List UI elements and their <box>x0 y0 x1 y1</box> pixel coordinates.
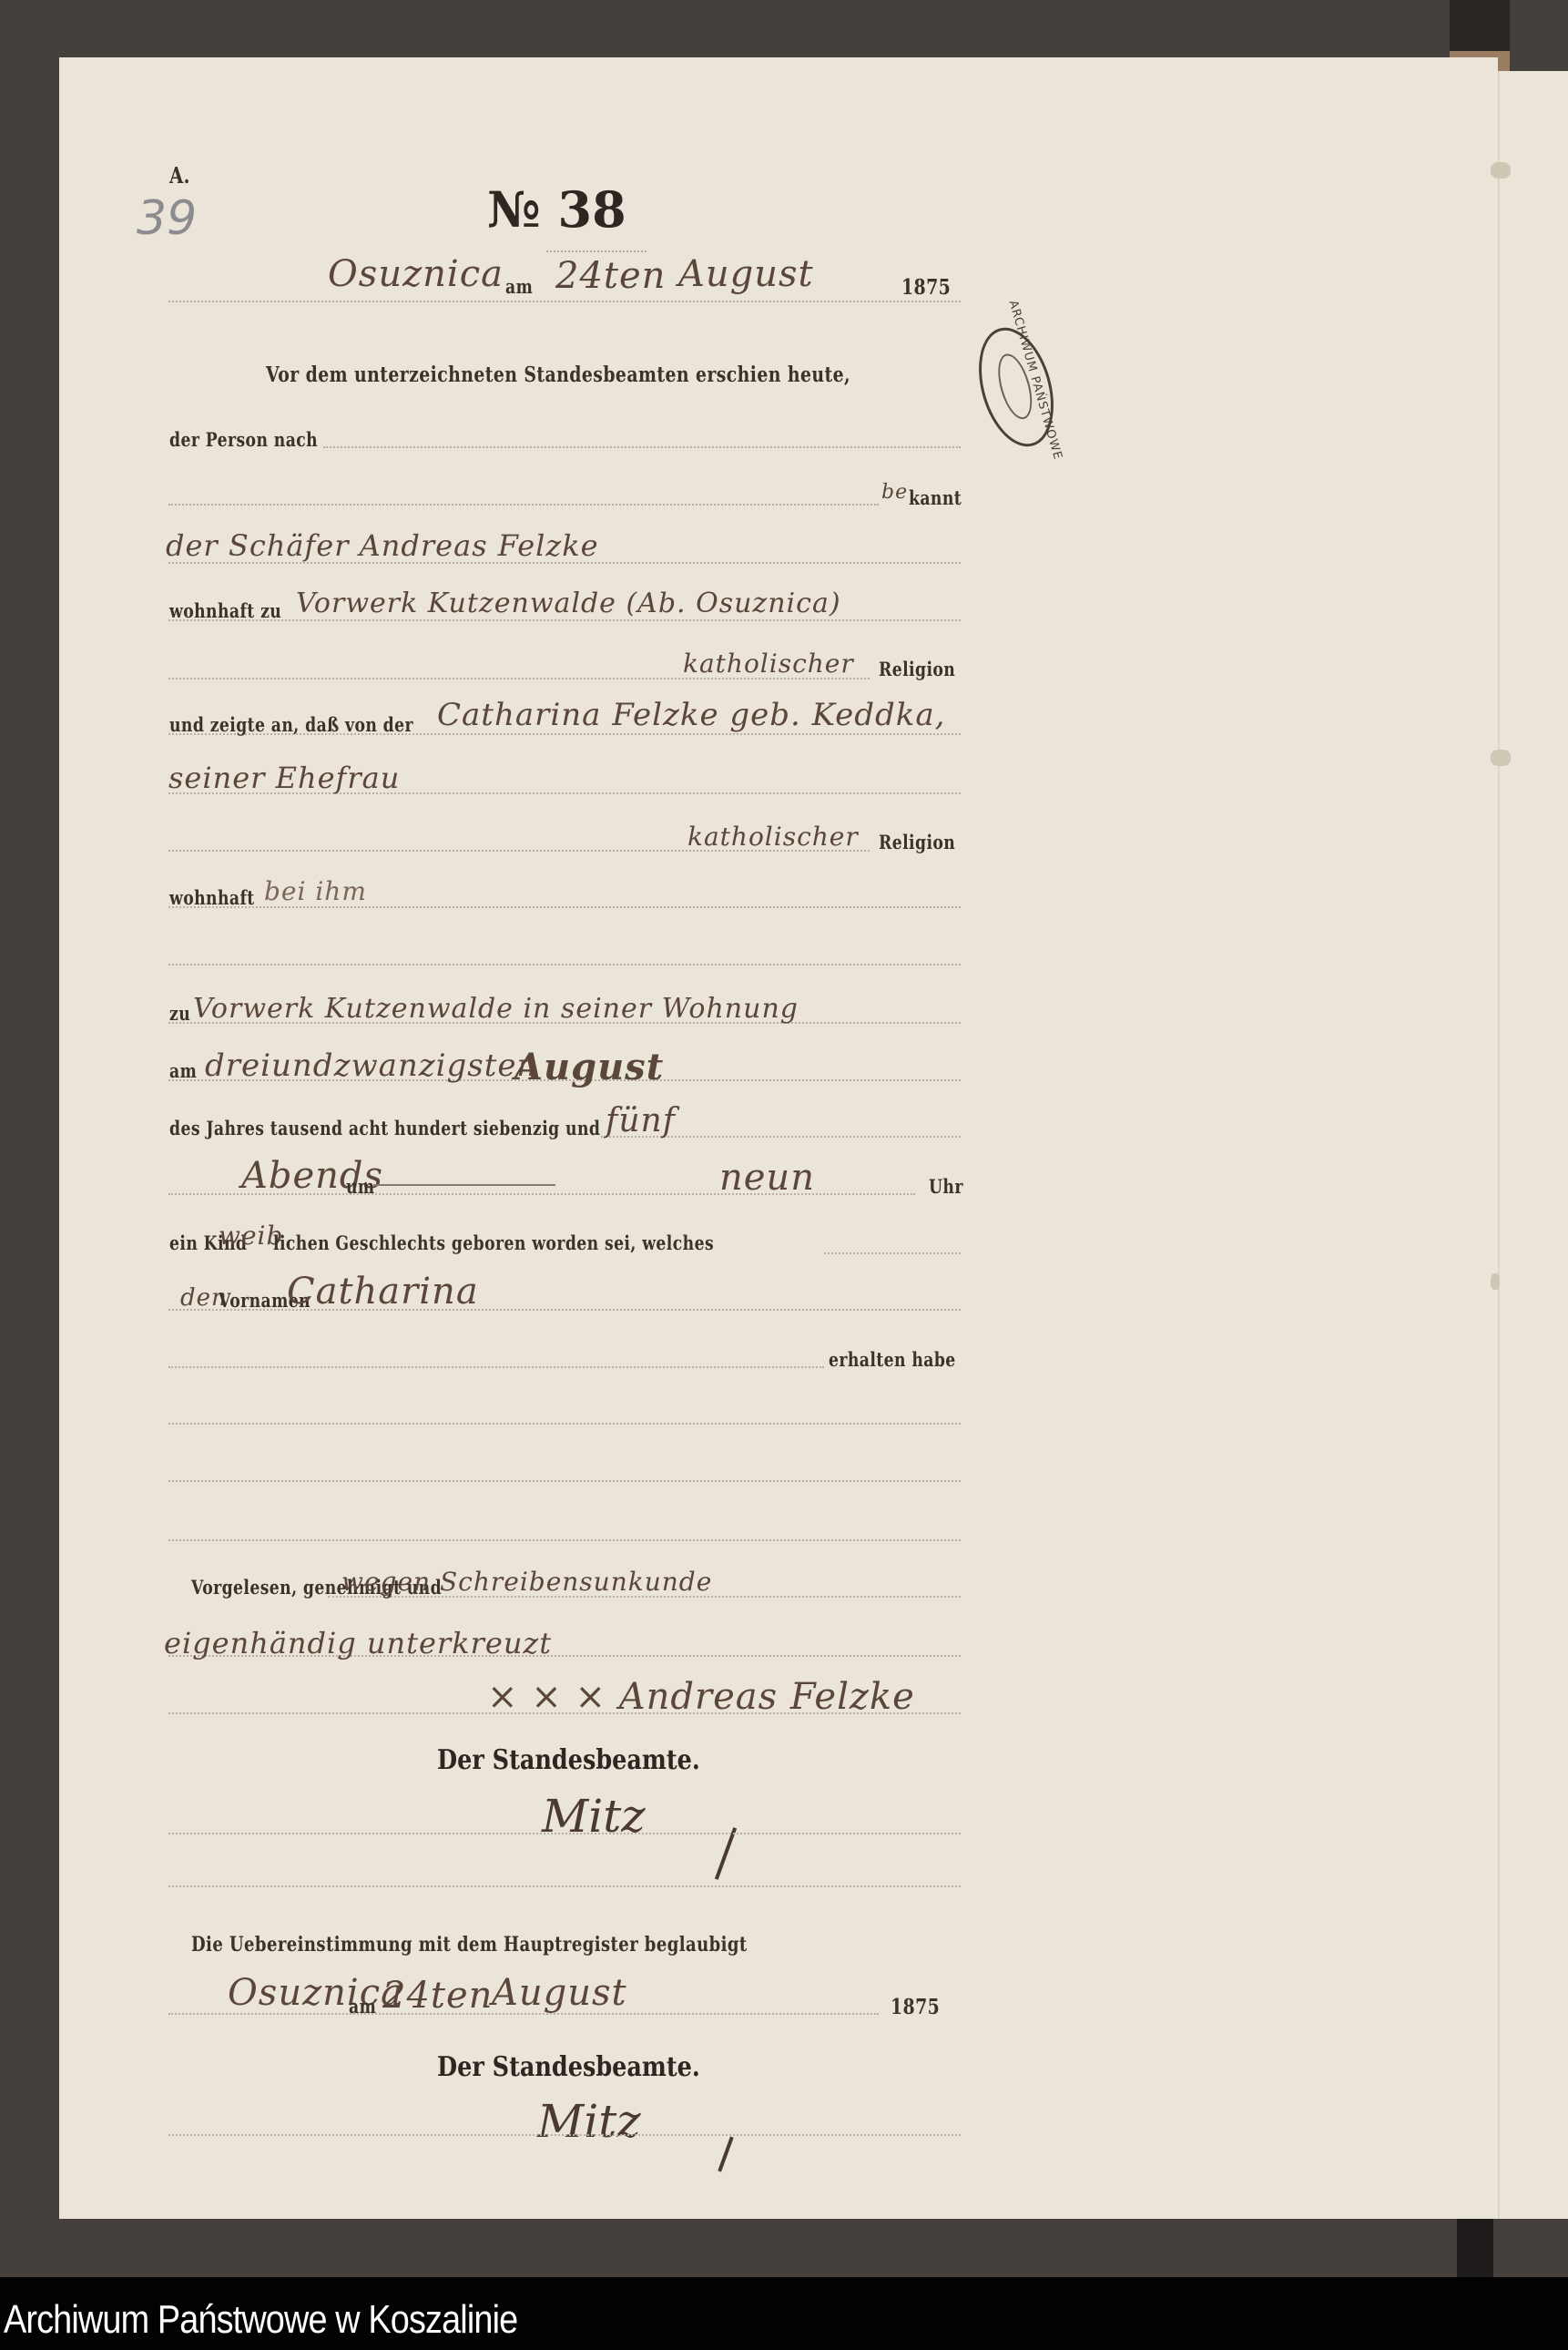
cert-am-label: am <box>349 1995 376 2018</box>
informant-mark: × × × Andreas Felzke <box>487 1676 915 1718</box>
am-label: am <box>505 275 533 298</box>
form-line <box>168 1366 824 1368</box>
binding-hole <box>1491 162 1511 179</box>
mother-residence-label: wohnhaft <box>169 886 255 909</box>
certification-text: Die Uebereinstimmung mit dem Hauptregist… <box>191 1933 748 1957</box>
birth-month-handwritten: August <box>514 1046 664 1088</box>
approval-handwritten-1: wegen Schreibensunkunde <box>341 1567 712 1597</box>
mother-handwritten: Catharina Felzke geb. Keddka, <box>437 697 945 733</box>
cert-month-handwritten: August <box>492 1972 627 2014</box>
year-label: des Jahres tausend acht hundert siebenzi… <box>169 1117 600 1139</box>
religion-label-2: Religion <box>879 831 955 853</box>
birth-place-label: zu <box>169 1002 190 1025</box>
declared-label: und zeigte an, daß von der <box>169 713 413 736</box>
cert-official-title: Der Standesbeamte. <box>437 2051 700 2083</box>
archive-name: Archiwum Państwowe w Koszalinie <box>4 2297 517 2343</box>
form-line <box>323 446 961 448</box>
record-number: № 38 <box>487 180 626 239</box>
archive-footer-bar: Archiwum Państwowe w Koszalinie <box>0 2277 1568 2350</box>
date-line <box>168 301 961 302</box>
approval-handwritten-2: eigenhändig unterkreuzt <box>164 1626 552 1660</box>
residence-label: wohnhaft zu <box>169 599 281 622</box>
cert-official-signature: Mitz <box>537 2095 641 2148</box>
day-handwritten: 24ten <box>555 255 666 297</box>
pencil-page-number: 39 <box>137 191 197 246</box>
birth-day-handwritten: dreiundzwanzigsten <box>205 1047 537 1084</box>
received-label: erhalten habe <box>829 1348 956 1371</box>
informant-handwritten: der Schäfer Andreas Felzke <box>166 528 599 563</box>
time-label: um <box>346 1175 375 1198</box>
year-printed: 1875 <box>901 275 951 300</box>
number-sign: № <box>487 180 541 239</box>
hour-handwritten: neun <box>719 1157 815 1199</box>
form-line <box>168 1423 961 1425</box>
birth-place-handwritten: Vorwerk Kutzenwalde in seiner Wohnung <box>193 993 799 1025</box>
form-line <box>168 1539 961 1541</box>
binding-hole <box>1491 1273 1500 1290</box>
religion-handwritten-1: katholischer <box>683 649 854 679</box>
month-handwritten: August <box>678 253 814 295</box>
given-name-handwritten: Catharina <box>287 1271 479 1313</box>
number-value: 38 <box>558 180 626 239</box>
form-line <box>168 906 961 908</box>
mother-relation-handwritten: seiner Ehefrau <box>168 761 400 795</box>
date-label: am <box>169 1059 197 1082</box>
form-line <box>168 504 879 506</box>
form-line <box>168 619 961 621</box>
adjacent-page-strip <box>1498 71 1568 2219</box>
year-handwritten: fünf <box>606 1102 676 1139</box>
binding-hole <box>1491 750 1511 766</box>
official-title: Der Standesbeamte. <box>437 1744 700 1776</box>
child-label-2: lichen Geschlechts geboren worden sei, w… <box>273 1231 714 1254</box>
known-handwritten: be <box>881 481 908 504</box>
mother-residence-handwritten: bei ihm <box>264 876 367 906</box>
cert-day-handwritten: 24ten <box>382 1975 493 2017</box>
form-line <box>168 964 961 966</box>
form-line <box>168 1885 961 1887</box>
form-line <box>168 1480 961 1482</box>
religion-handwritten-2: katholischer <box>687 822 859 852</box>
form-letter: A. <box>169 162 190 189</box>
form-line <box>824 1252 961 1254</box>
intro-text: Vor dem unterzeichneten Standesbeamten e… <box>266 363 850 387</box>
person-label: der Person nach <box>169 428 318 451</box>
known-printed: kannt <box>909 486 962 509</box>
number-line <box>546 250 647 252</box>
form-line <box>168 1833 961 1834</box>
cert-place-handwritten: Osuznica <box>228 1972 403 2014</box>
cert-year-printed: 1875 <box>891 1995 940 2019</box>
hour-label: Uhr <box>929 1175 963 1198</box>
form-line <box>168 2134 961 2136</box>
official-signature: Mitz <box>542 1790 646 1843</box>
religion-label-1: Religion <box>879 658 955 680</box>
place-handwritten: Osuznica <box>328 253 504 295</box>
time-dash <box>373 1184 555 1186</box>
book-spine-bottom <box>1457 2219 1493 2277</box>
residence-handwritten: Vorwerk Kutzenwalde (Ab. Osuznica) <box>296 587 841 619</box>
